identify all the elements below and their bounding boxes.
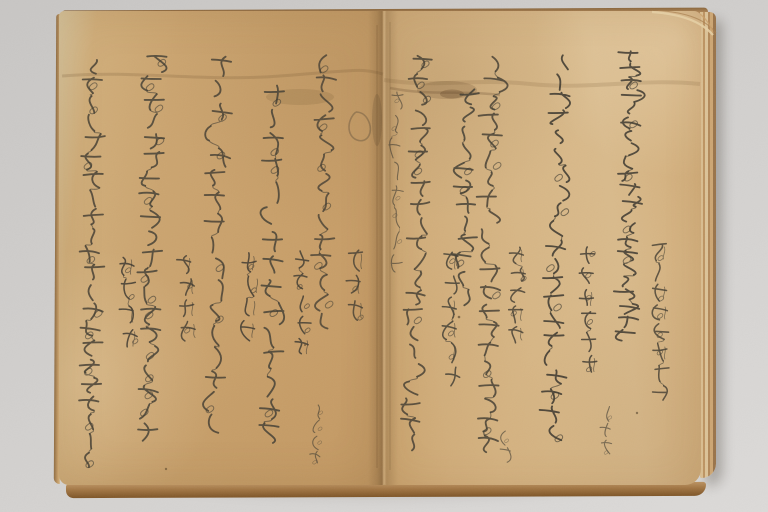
fore-edge-stack	[700, 12, 716, 478]
left-page	[59, 11, 384, 485]
right-page	[384, 11, 701, 485]
manuscript-photograph	[0, 0, 768, 512]
book-gutter	[368, 11, 398, 485]
